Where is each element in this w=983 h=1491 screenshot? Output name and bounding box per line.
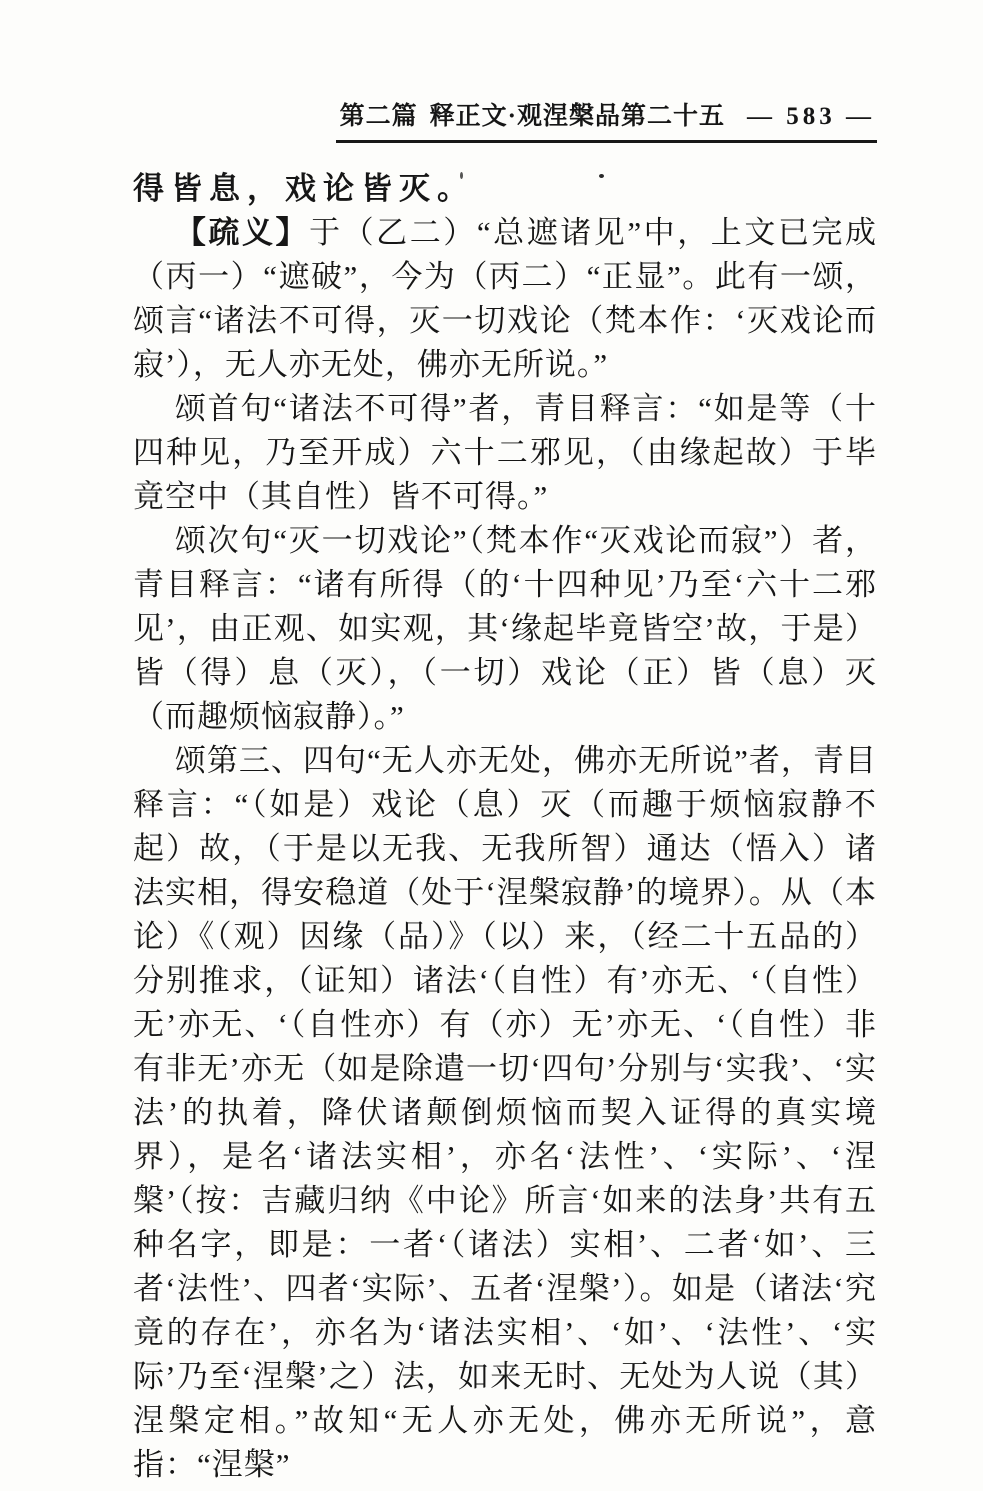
book-page: 第二篇释正文·观涅槃品第二十五— 583 — 得皆息，戏论皆灭。 【疏义】于（乙… [0, 0, 983, 1491]
scan-speck [460, 172, 463, 179]
scan-speck [321, 1319, 324, 1322]
running-header: 第二篇释正文·观涅槃品第二十五— 583 — [133, 96, 877, 143]
paragraph-shuyi: 【疏义】于（乙二）“总遮诸见”中，上文已完成（丙一）“遮破”，今为（丙二）“正显… [133, 211, 877, 387]
running-header-text: 第二篇释正文·观涅槃品第二十五— 583 — [336, 96, 877, 143]
header-chapter-title: 释正文·观涅槃品第二十五 [430, 103, 725, 130]
paragraph-second-verse-line: 颂次句“灭一切戏论”（梵本作“灭戏论而寂”）者，青目释言：“诸有所得（的‘十四种… [133, 519, 877, 739]
paragraph-first-verse-line: 颂首句“诸法不可得”者，青目释言：“如是等（十四种见，乃至开成）六十二邪见，（由… [133, 387, 877, 519]
verse-continuation-line: 得皆息，戏论皆灭。 [133, 167, 877, 211]
shuyi-label: 【疏义】 [175, 215, 309, 250]
scan-speck [599, 174, 604, 178]
header-page-number: — 583 — [747, 103, 875, 130]
text-block: 得皆息，戏论皆灭。 【疏义】于（乙二）“总遮诸见”中，上文已完成（丙一）“遮破”… [133, 167, 877, 1487]
paragraph-third-fourth-verse-line: 颂第三、四句“无人亦无处，佛亦无所说”者，青目释言：“（如是）戏论（息）灭（而趣… [133, 739, 877, 1487]
header-section: 第二篇 [340, 103, 418, 130]
